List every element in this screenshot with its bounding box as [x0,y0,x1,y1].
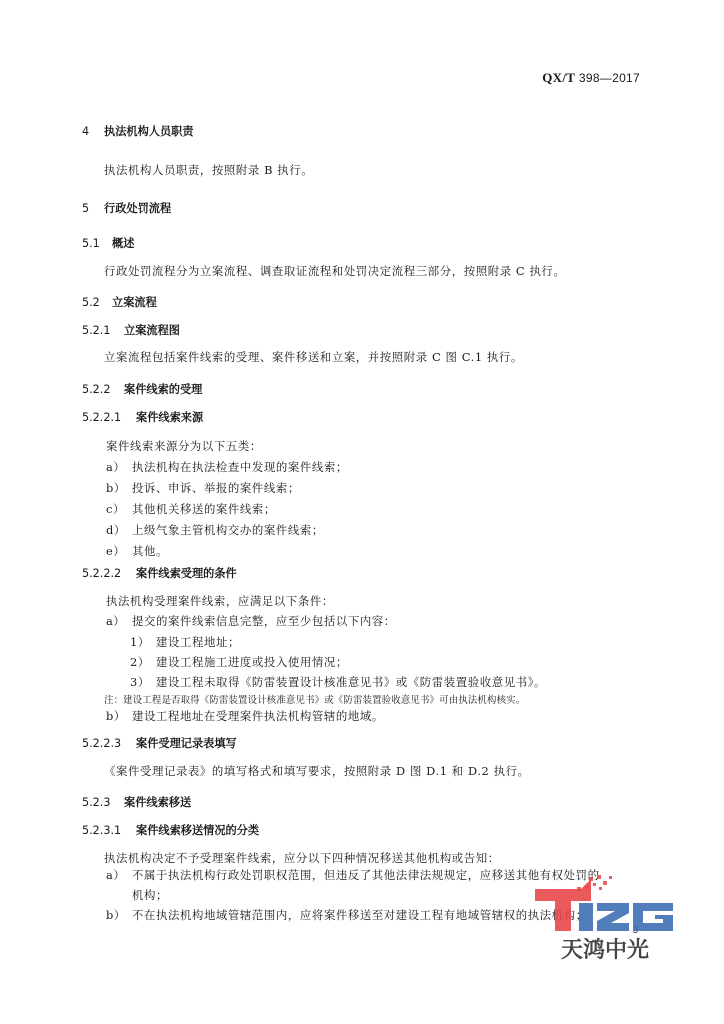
std-prefix: QX/T [542,70,575,85]
heading-5-2-2-3: 5.2.2.3案件受理记录表填写 [82,736,237,751]
heading-5-2: 5.2立案流程 [82,295,157,310]
heading-5-2-2-2: 5.2.2.2案件线索受理的条件 [82,566,237,581]
heading-5: 5行政处罚流程 [82,201,171,216]
list-item: a）提交的案件线索信息完整，应至少包括以下内容： [106,614,396,629]
list-item: b）不在执法机构地域管辖范围内，应将案件移送至对建设工程有地域管辖权的执法机构； [106,908,588,923]
sub-list-item: 3）建设工程未取得《防雷装置设计核准意见书》或《防雷装置验收意见书》。 [130,675,546,690]
heading-5-2-1: 5.2.1立案流程图 [82,323,180,338]
svg-text:天鸿中光: 天鸿中光 [561,937,649,961]
paragraph-4: 执法机构人员职责，按照附录 B 执行。 [104,163,313,178]
list-item: d）上级气象主管机构交办的案件线索； [106,523,324,538]
paragraph-5-2-1: 立案流程包括案件线索的受理、案件移送和立案，并按照附录 C 图 C.1 执行。 [104,350,523,365]
heading-5-2-2: 5.2.2案件线索的受理 [82,382,202,397]
heading-5-2-3: 5.2.3案件线索移送 [82,795,191,810]
paragraph-5-2-3-1-intro: 执法机构决定不予受理案件线索，应分以下四种情况移送其他机构或告知： [104,851,500,866]
watermark-logo: 天鸿中光 [533,873,678,961]
list-item: e）其他。 [106,544,168,559]
paragraph-5-2-2-2-intro: 执法机构受理案件线索，应满足以下条件： [106,594,334,609]
note: 注：建设工程是否取得《防雷装置设计核准意见书》或《防雷装置验收意见书》可由执法机… [104,693,525,708]
paragraph-5-1: 行政处罚流程分为立案流程、调查取证流程和处罚决定流程三部分，按照附录 C 执行。 [104,264,565,279]
heading-5-2-2-1: 5.2.2.1案件线索来源 [82,410,203,425]
list-item: a）不属于执法机构行政处罚职权范围，但违反了其他法律法规规定，应移送其他有权处罚… [106,868,600,883]
tizg-logo-icon: 天鸿中光 [533,873,678,961]
std-number: 398—2017 [579,71,640,85]
heading-5-1: 5.1概述 [82,236,134,251]
list-item: c）其他机关移送的案件线索； [106,502,276,517]
sub-list-item: 2）建设工程施工进度或投入使用情况； [130,655,348,670]
standard-header: QX/T 398—2017 [542,70,640,86]
document-page: QX/T 398—2017 4执法机构人员职责 执法机构人员职责，按照附录 B … [0,0,724,1024]
list-item-continuation: 机构； [132,888,168,903]
paragraph-5-2-2-3: 《案件受理记录表》的填写格式和填写要求，按照附录 D 图 D.1 和 D.2 执… [104,764,530,779]
sub-list-item: 1）建设工程地址； [130,635,240,650]
list-item: b）投诉、申诉、举报的案件线索； [106,481,300,496]
list-item: b）建设工程地址在受理案件执法机构管辖的地域。 [106,709,384,724]
heading-4: 4执法机构人员职责 [82,124,194,139]
paragraph-5-2-2-1-intro: 案件线索来源分为以下五类： [106,439,262,454]
heading-5-2-3-1: 5.2.3.1案件线索移送情况的分类 [82,823,259,838]
list-item: a）执法机构在执法检查中发现的案件线索； [106,460,348,475]
